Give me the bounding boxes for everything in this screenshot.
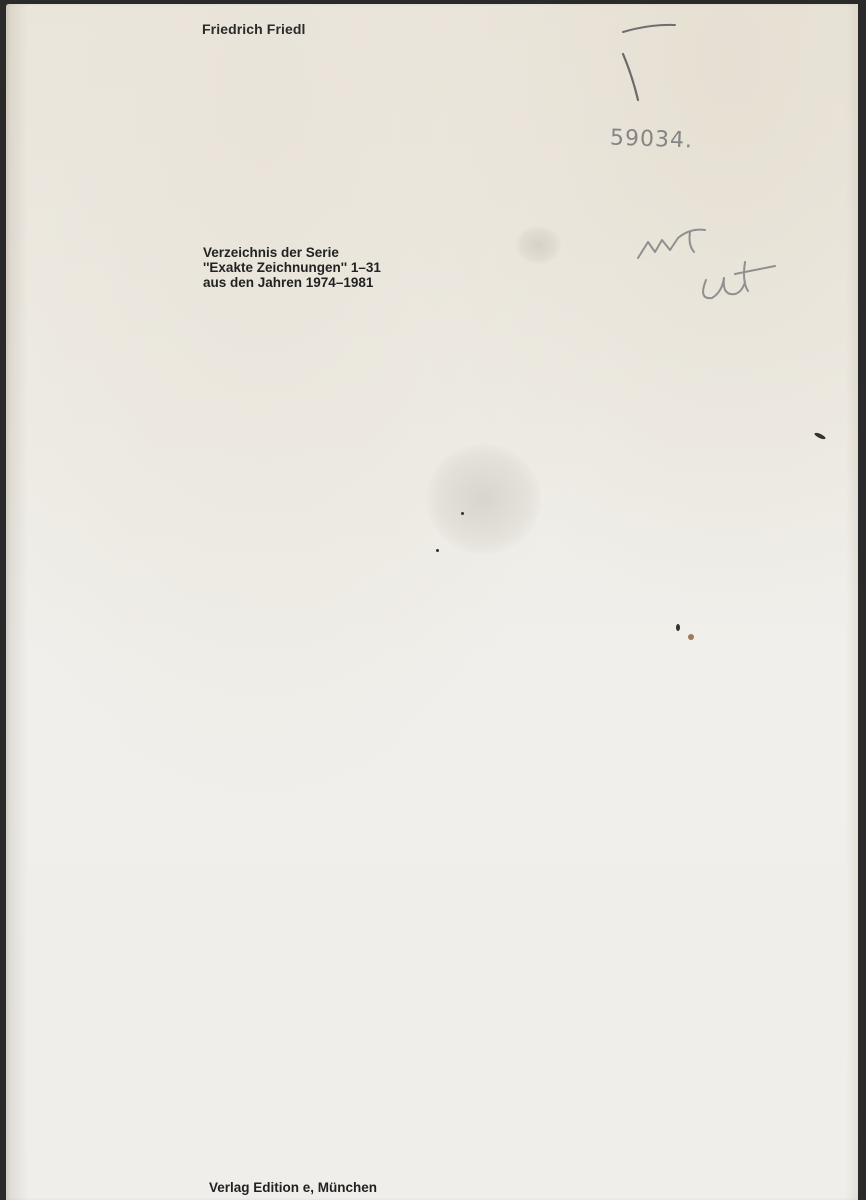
author-name: Friedrich Friedl: [202, 21, 306, 37]
publisher: Verlag Edition e, München: [209, 1180, 377, 1195]
handwritten-catalog-number: 59034.: [610, 126, 694, 154]
title-line: aus den Jahren 1974–1981: [203, 275, 381, 290]
title-block: Verzeichnis der Serie ''Exakte Zeichnung…: [203, 245, 381, 290]
title-line: Verzeichnis der Serie: [203, 245, 381, 260]
pencil-marks: [0, 0, 866, 1200]
title-line: ''Exakte Zeichnungen'' 1–31: [203, 260, 381, 275]
